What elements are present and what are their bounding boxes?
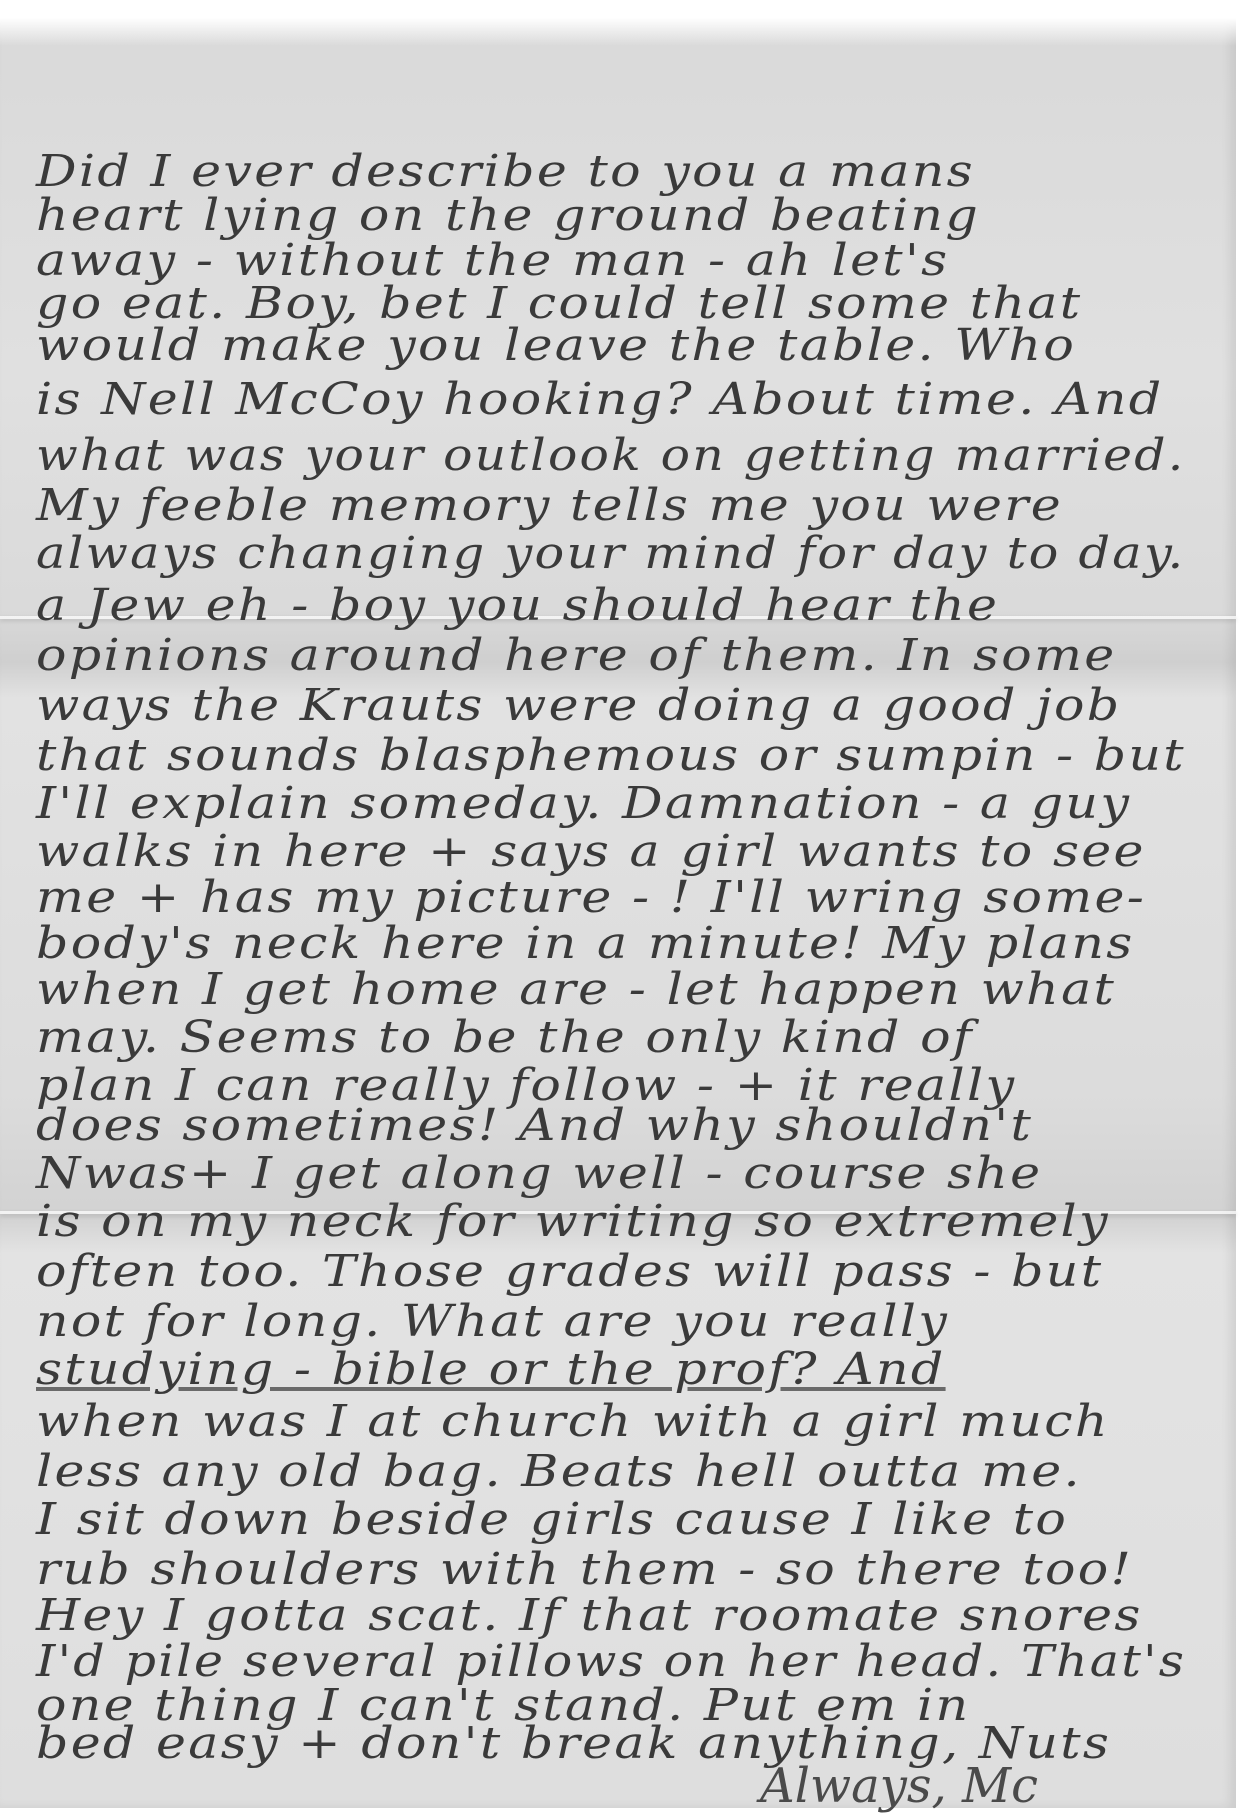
letter-line: may. Seems to be the only kind of: [36, 1012, 974, 1063]
letter-line: what was your outlook on getting married…: [36, 430, 1185, 481]
letter-line: when was I at church with a girl much: [36, 1396, 1110, 1447]
letter-line: studying - bible or the prof? And: [36, 1344, 946, 1395]
letter-line: Nwas+ I get along well - course she: [36, 1148, 1042, 1199]
letter-line: is Nell McCoy hooking? About time. And: [36, 374, 1163, 425]
letter-line: My feeble memory tells me you were: [36, 480, 1063, 531]
letter-line: ways the Krauts were doing a good job: [36, 680, 1121, 731]
letter-line: body's neck here in a minute! My plans: [36, 918, 1135, 969]
letter-line: heart lying on the ground beating: [36, 190, 980, 241]
letter-line: rub shoulders with them - so there too!: [36, 1544, 1133, 1595]
letter-line: less any old bag. Beats hell outta me.: [36, 1446, 1082, 1497]
letter-line: opinions around here of them. In some: [36, 630, 1117, 681]
letter-line: walks in here + says a girl wants to see: [36, 826, 1146, 877]
letter-line: not for long. What are you really: [36, 1296, 949, 1347]
letter-line: always changing your mind for day to day…: [36, 528, 1185, 579]
letter-line: I'll explain someday. Damnation - a guy: [36, 778, 1131, 829]
letter-line: Hey I gotta scat. If that roomate snores: [36, 1590, 1143, 1641]
letter-line: when I get home are - let happen what: [36, 964, 1116, 1015]
letter-line: often too. Those grades will pass - but: [36, 1246, 1103, 1297]
letter-line: does sometimes! And why shouldn't: [36, 1100, 1033, 1151]
letter-line: is on my neck for writing so extremely: [36, 1196, 1110, 1247]
letter-line: that sounds blasphemous or sumpin - but: [36, 730, 1186, 781]
letter-line: I sit down beside girls cause I like to: [36, 1494, 1068, 1545]
signature: Always, Mc: [760, 1758, 1038, 1814]
letter-line: would make you leave the table. Who: [36, 320, 1076, 371]
letter-line: a Jew eh - boy you should hear the: [36, 580, 999, 631]
letter-line: me + has my picture - ! I'll wring some-: [36, 872, 1146, 923]
